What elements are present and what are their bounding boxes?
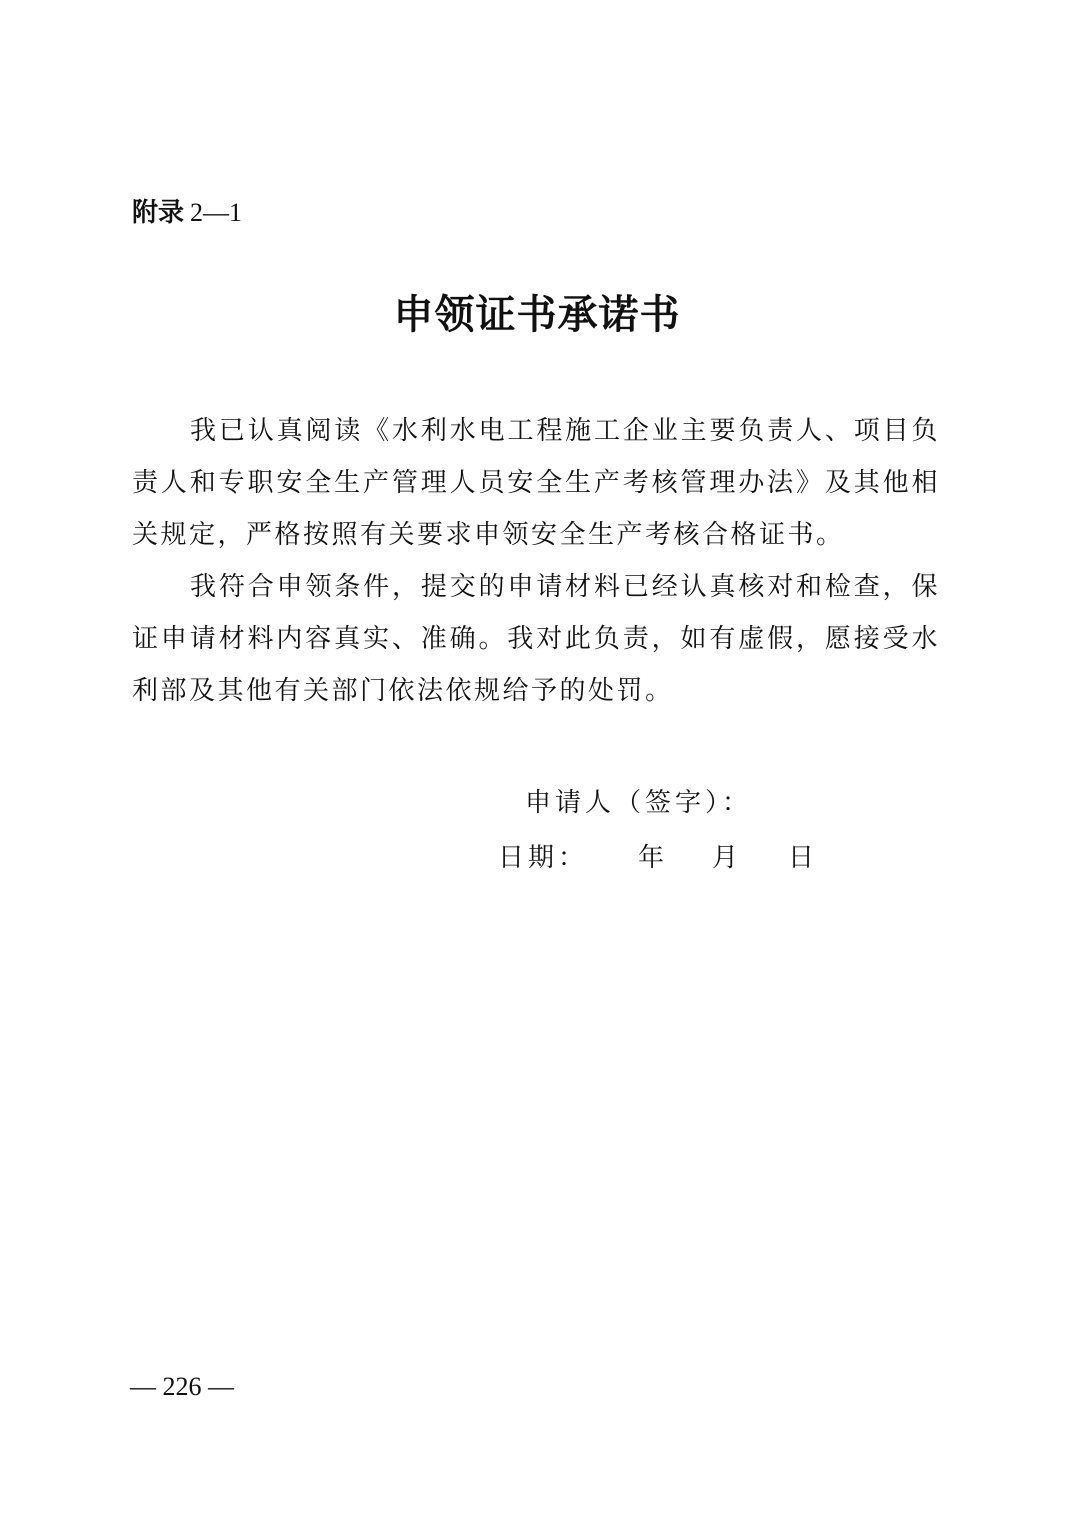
date-year-label: 年	[638, 840, 664, 876]
appendix-label: 附录2—1	[132, 196, 242, 230]
date-label: 日期：	[498, 840, 588, 876]
page-number: — 226 —	[130, 1370, 234, 1404]
document-title: 申领证书承诺书	[0, 290, 1074, 340]
paragraph-1: 我已认真阅读《水利水电工程施工企业主要负责人、项目负责人和专职安全生产管理人员安…	[132, 405, 940, 561]
appendix-number: 2—1	[190, 198, 242, 227]
paragraph-2: 我符合申领条件，提交的申请材料已经认真核对和检查，保证申请材料内容真实、准确。我…	[132, 561, 940, 717]
signature-line: 申请人（签字）：	[525, 785, 752, 821]
document-body: 我已认真阅读《水利水电工程施工企业主要负责人、项目负责人和专职安全生产管理人员安…	[132, 405, 940, 717]
appendix-label-text: 附录	[132, 198, 184, 228]
date-month-label: 月	[712, 840, 738, 876]
date-day-label: 日	[788, 840, 814, 876]
